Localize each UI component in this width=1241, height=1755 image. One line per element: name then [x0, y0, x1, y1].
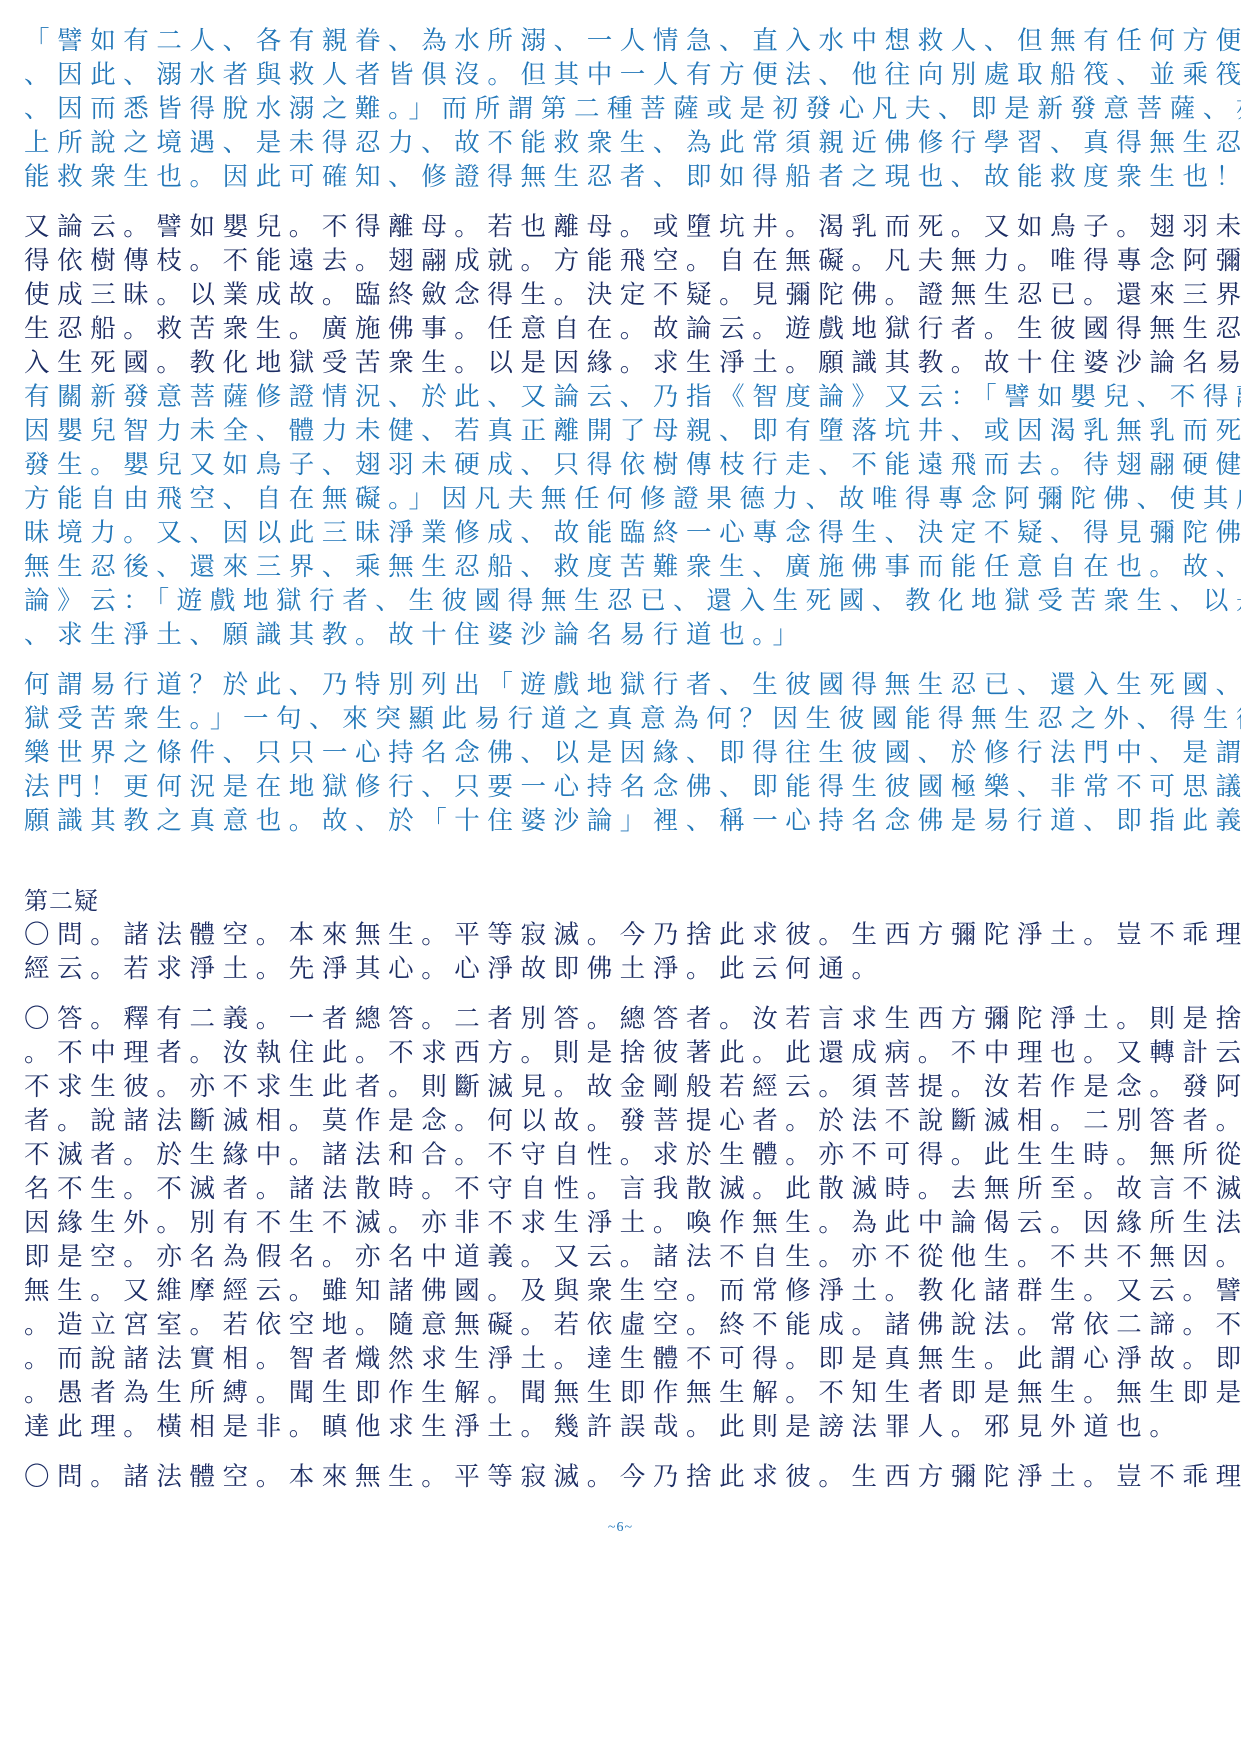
text-line: 不求生彼。亦不求生此者。則斷滅見。故金剛般若經云。須菩提。汝若作是念。發阿耨菩提 — [24, 1070, 1064, 1104]
text-line: 因嬰兒智力未全、體力未健、若真正離開了母親、即有墮落坑井、或因渴乳無乳而死之情境 — [24, 414, 1064, 448]
text-line: 生忍船。救苦衆生。廣施佛事。任意自在。故論云。遊戲地獄行者。生彼國得無生忍已。還 — [24, 312, 1064, 346]
text-line: 昧境力。又、因以此三昧淨業修成、故能臨終一心專念得生、決定不疑、得見彌陀佛、證得 — [24, 516, 1064, 550]
text-line: 何謂易行道？於此、乃特別列出「遊戲地獄行者、生彼國得無生忍已、還入生死國、教化地 — [24, 668, 1064, 702]
text-line: 、因而悉皆得脫水溺之難。」而所謂第二種菩薩或是初發心凡夫、即是新發意菩薩、亦復如 — [24, 92, 1064, 126]
text-line: 無生。又維摩經云。雖知諸佛國。及與衆生空。而常修淨土。教化諸群生。又云。譬如有人 — [24, 1274, 1064, 1308]
text-line: 者。說諸法斷滅相。莫作是念。何以故。發菩提心者。於法不說斷滅相。二別答者。夫不生 — [24, 1104, 1064, 1138]
section-spacer — [24, 838, 1064, 884]
text-line: 〇答。釋有二義。一者總答。二者別答。總答者。汝若言求生西方彌陀淨土。則是捨此求彼 — [24, 1002, 1064, 1036]
question-paragraph: 〇問。諸法體空。本來無生。平等寂滅。今乃捨此求彼。生西方彌陀淨土。豈不乖理哉。又 — [24, 1460, 1064, 1494]
text-line: 獄受苦衆生。」一句、來突顯此易行道之真意為何？因生彼國能得無生忍之外、得生彼國極 — [24, 702, 1064, 736]
text-line: 有關新發意菩薩修證情況、於此、又論云、乃指《智度論》又云：「譬如嬰兒、不得離母。 — [24, 380, 1064, 414]
paragraph-spacer — [24, 1444, 1064, 1460]
commentary-paragraph-drowning-parable: 「譬如有二人、各有親眷、為水所溺、一人情急、直入水中想救人、但無有任何方便力可用… — [24, 24, 1064, 194]
text-line: 入生死國。教化地獄受苦衆生。以是因緣。求生淨土。願識其教。故十住婆沙論名易行道也… — [24, 346, 1064, 380]
section-heading: 第二疑 — [24, 884, 1064, 918]
document-page: 「譬如有二人、各有親眷、為水所溺、一人情急、直入水中想救人、但無有任何方便力可用… — [24, 24, 1064, 1494]
text-line: 願識其教之真意也。故、於「十住婆沙論」裡、稱一心持名念佛是易行道、即指此義也！ — [24, 804, 1064, 838]
text-line: 即是空。亦名為假名。亦名中道義。又云。諸法不自生。亦不從他生。不共不無因。是故知 — [24, 1240, 1064, 1274]
text-line: 上所說之境遇、是未得忍力、故不能救衆生、為此常須親近佛修行學習、真得無生忍後、方 — [24, 126, 1064, 160]
text-line: 使成三昧。以業成故。臨終斂念得生。決定不疑。見彌陀佛。證無生忍已。還來三界。乘無 — [24, 278, 1064, 312]
text-line: 。造立宮室。若依空地。隨意無礙。若依虛空。終不能成。諸佛說法。常依二諦。不壞假名 — [24, 1308, 1064, 1342]
text-line: 達此理。橫相是非。瞋他求生淨土。幾許誤哉。此則是謗法罪人。邪見外道也。 — [24, 1410, 1064, 1444]
paragraph-spacer — [24, 986, 1064, 1002]
text-line: 〇問。諸法體空。本來無生。平等寂滅。今乃捨此求彼。生西方彌陀淨土。豈不乖理哉。又 — [24, 1460, 1064, 1494]
text-line: 因緣生外。別有不生不滅。亦非不求生淨土。喚作無生。為此中論偈云。因緣所生法。我說 — [24, 1206, 1064, 1240]
text-line: 不滅者。於生緣中。諸法和合。不守自性。求於生體。亦不可得。此生生時。無所從來。故 — [24, 1138, 1064, 1172]
text-line: 。不中理者。汝執住此。不求西方。則是捨彼著此。此還成病。不中理也。又轉計云。我亦 — [24, 1036, 1064, 1070]
text-line: 無生忍後、還來三界、乘無生忍船、救度苦難衆生、廣施佛事而能任意自在也。故、《智度 — [24, 550, 1064, 584]
text-line: 、因此、溺水者與救人者皆俱沒。但其中一人有方便法、他往向別處取船筏、並乘筏來救接 — [24, 58, 1064, 92]
text-line: 得依樹傳枝。不能遠去。翅翮成就。方能飛空。自在無礙。凡夫無力。唯得專念阿彌陀佛。 — [24, 244, 1064, 278]
text-line: 又論云。譬如嬰兒。不得離母。若也離母。或墮坑井。渴乳而死。又如鳥子。翅羽未成。秖 — [24, 210, 1064, 244]
text-line: 、求生淨土、願識其教。故十住婆沙論名易行道也。」 — [24, 618, 1064, 652]
text-line: 經云。若求淨土。先淨其心。心淨故即佛土淨。此云何通。 — [24, 952, 1064, 986]
classical-paragraph-infant-parable: 又論云。譬如嬰兒。不得離母。若也離母。或墮坑井。渴乳而死。又如鳥子。翅羽未成。秖… — [24, 210, 1064, 380]
commentary-paragraph-easy-path: 何謂易行道？於此、乃特別列出「遊戲地獄行者、生彼國得無生忍已、還入生死國、教化地… — [24, 668, 1064, 838]
paragraph-spacer — [24, 652, 1064, 668]
question-paragraph: 〇問。諸法體空。本來無生。平等寂滅。今乃捨此求彼。生西方彌陀淨土。豈不乖理哉。又… — [24, 918, 1064, 986]
text-line: 「譬如有二人、各有親眷、為水所溺、一人情急、直入水中想救人、但無有任何方便力可用 — [24, 24, 1064, 58]
answer-paragraph: 〇答。釋有二義。一者總答。二者別答。總答者。汝若言求生西方彌陀淨土。則是捨此求彼… — [24, 1002, 1064, 1444]
text-line: 〇問。諸法體空。本來無生。平等寂滅。今乃捨此求彼。生西方彌陀淨土。豈不乖理哉。又 — [24, 918, 1064, 952]
text-line: 能救衆生也。因此可確知、修證得無生忍者、即如得船者之現也、故能救度衆生也！ — [24, 160, 1064, 194]
text-line: 方能自由飛空、自在無礙。」因凡夫無任何修證果德力、故唯得專念阿彌陀佛、使其成就三 — [24, 482, 1064, 516]
paragraph-spacer — [24, 194, 1064, 210]
text-line: 。愚者為生所縛。聞生即作生解。聞無生即作無生解。不知生者即是無生。無生即是生。不 — [24, 1376, 1064, 1410]
text-line: 法門！更何況是在地獄修行、只要一心持名念佛、即能得生彼國極樂、非常不可思議、此乃 — [24, 770, 1064, 804]
text-line: 樂世界之條件、只只一心持名念佛、以是因緣、即得往生彼國、於修行法門中、是謂：易行 — [24, 736, 1064, 770]
text-line: 論》云：「遊戲地獄行者、生彼國得無生忍已、還入生死國、教化地獄受苦衆生、以是因緣 — [24, 584, 1064, 618]
text-line: 名不生。不滅者。諸法散時。不守自性。言我散滅。此散滅時。去無所至。故言不滅。非謂 — [24, 1172, 1064, 1206]
text-line: 。而說諸法實相。智者熾然求生淨土。達生體不可得。即是真無生。此謂心淨故。即佛土淨 — [24, 1342, 1064, 1376]
text-line: 發生。嬰兒又如鳥子、翅羽未硬成、只得依樹傳枝行走、不能遠飛而去。待翅翮硬健成就、 — [24, 448, 1064, 482]
commentary-paragraph-new-bodhisattva: 有關新發意菩薩修證情況、於此、又論云、乃指《智度論》又云：「譬如嬰兒、不得離母。… — [24, 380, 1064, 652]
page-number: ~6~ — [0, 1520, 1241, 1536]
section-title: 第二疑 — [24, 884, 1064, 918]
